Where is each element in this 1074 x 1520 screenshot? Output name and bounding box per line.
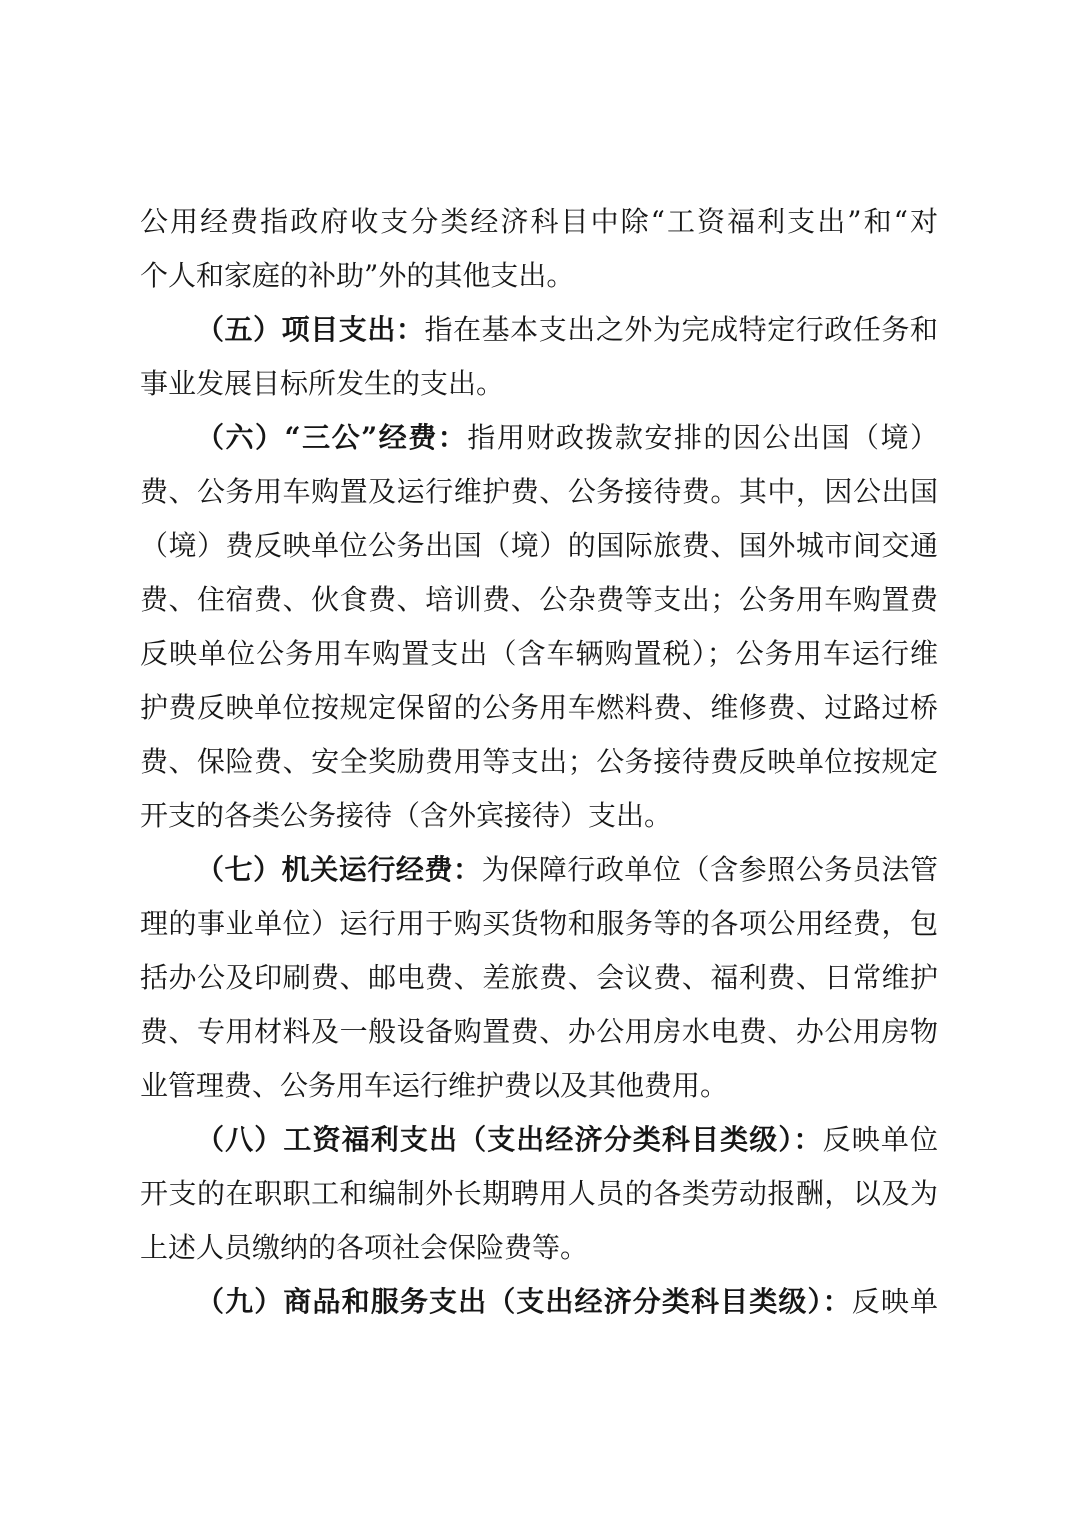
document-line: （九）商品和服务支出（支出经济分类科目类级）：反映单	[140, 1275, 938, 1329]
line-text: 反映单位公务用车购置支出（含车辆购置税）；公务用车运行维	[140, 637, 938, 670]
line-text: （境）费反映单位公务出国（境）的国际旅费、国外城市间交通	[140, 529, 938, 562]
document-line: 费、专用材料及一般设备购置费、办公用房水电费、办公用房物	[140, 1005, 938, 1059]
line-text: 事业发展目标所发生的支出。	[140, 367, 504, 400]
line-text: 开支的各类公务接待（含外宾接待）支出。	[140, 799, 672, 832]
document-line: 公用经费指政府收支分类经济科目中除“工资福利支出”和“对	[140, 195, 938, 249]
document-line: 费、住宿费、伙食费、培训费、公杂费等支出；公务用车购置费	[140, 573, 938, 627]
document-line: 理的事业单位）运行用于购买货物和服务等的各项公用经费，包	[140, 897, 938, 951]
document-line: 费、保险费、安全奖励费用等支出；公务接待费反映单位按规定	[140, 735, 938, 789]
line-text: 费、公务用车购置及运行维护费、公务接待费。其中，因公出国	[140, 475, 938, 508]
document-line: （八）工资福利支出（支出经济分类科目类级）：反映单位	[140, 1113, 938, 1167]
document-line: 开支的各类公务接待（含外宾接待）支出。	[140, 789, 938, 843]
line-text: 业管理费、公务用车运行维护费以及其他费用。	[140, 1069, 728, 1102]
document-line: 业管理费、公务用车运行维护费以及其他费用。	[140, 1059, 938, 1113]
line-text: 反映单	[852, 1285, 938, 1318]
document-line: 上述人员缴纳的各项社会保险费等。	[140, 1221, 938, 1275]
document-line: （五）项目支出：指在基本支出之外为完成特定行政任务和	[140, 303, 938, 357]
line-text: 反映单位	[823, 1123, 938, 1156]
document-line: 费、公务用车购置及运行维护费、公务接待费。其中，因公出国	[140, 465, 938, 519]
document-line: 括办公及印刷费、邮电费、差旅费、会议费、福利费、日常维护	[140, 951, 938, 1005]
definition-term-lead: （八）工资福利支出（支出经济分类科目类级）：	[196, 1123, 823, 1156]
document-line: 开支的在职职工和编制外长期聘用人员的各类劳动报酬，以及为	[140, 1167, 938, 1221]
definition-term-lead: （六）“三公”经费：	[196, 421, 467, 454]
definition-term-lead: （五）项目支出：	[196, 313, 424, 346]
document-line: （境）费反映单位公务出国（境）的国际旅费、国外城市间交通	[140, 519, 938, 573]
line-text: 理的事业单位）运行用于购买货物和服务等的各项公用经费，包	[140, 907, 938, 940]
document-text-block: 公用经费指政府收支分类经济科目中除“工资福利支出”和“对个人和家庭的补助”外的其…	[140, 195, 938, 1329]
document-line: （七）机关运行经费：为保障行政单位（含参照公务员法管	[140, 843, 938, 897]
document-page: 公用经费指政府收支分类经济科目中除“工资福利支出”和“对个人和家庭的补助”外的其…	[0, 0, 1074, 1520]
line-text: 开支的在职职工和编制外长期聘用人员的各类劳动报酬，以及为	[140, 1177, 938, 1210]
line-text: 护费反映单位按规定保留的公务用车燃料费、维修费、过路过桥	[140, 691, 938, 724]
document-line: 护费反映单位按规定保留的公务用车燃料费、维修费、过路过桥	[140, 681, 938, 735]
document-line: 事业发展目标所发生的支出。	[140, 357, 938, 411]
line-text: 上述人员缴纳的各项社会保险费等。	[140, 1231, 588, 1264]
line-text: 个人和家庭的补助”外的其他支出。	[140, 259, 574, 292]
line-text: 费、保险费、安全奖励费用等支出；公务接待费反映单位按规定	[140, 745, 938, 778]
line-text: 指在基本支出之外为完成特定行政任务和	[424, 313, 938, 346]
line-text: 公用经费指政府收支分类经济科目中除“工资福利支出”和“对	[140, 205, 938, 238]
line-text: 为保障行政单位（含参照公务员法管	[482, 853, 938, 886]
definition-term-lead: （七）机关运行经费：	[196, 853, 482, 886]
document-line: 反映单位公务用车购置支出（含车辆购置税）；公务用车运行维	[140, 627, 938, 681]
line-text: 指用财政拨款安排的因公出国（境）	[467, 421, 938, 454]
document-line: （六）“三公”经费：指用财政拨款安排的因公出国（境）	[140, 411, 938, 465]
definition-term-lead: （九）商品和服务支出（支出经济分类科目类级）：	[196, 1285, 852, 1318]
line-text: 括办公及印刷费、邮电费、差旅费、会议费、福利费、日常维护	[140, 961, 938, 994]
line-text: 费、住宿费、伙食费、培训费、公杂费等支出；公务用车购置费	[140, 583, 938, 616]
document-line: 个人和家庭的补助”外的其他支出。	[140, 249, 938, 303]
line-text: 费、专用材料及一般设备购置费、办公用房水电费、办公用房物	[140, 1015, 938, 1048]
